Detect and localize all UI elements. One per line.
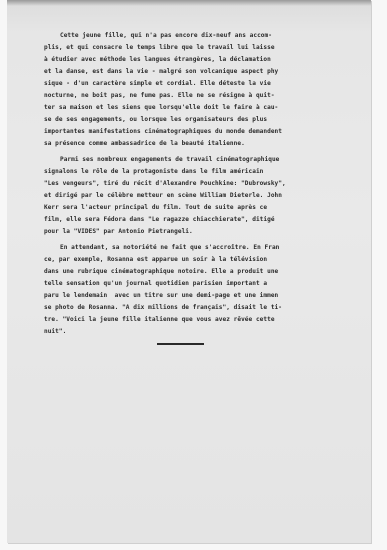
paragraph-1: Cette jeune fille, qui n'a pas encore di… (44, 30, 344, 150)
text-line: se photo de Rosanna. "A dix millions de … (44, 302, 344, 314)
text-line: Parmi ses nombreux engagements de travai… (44, 154, 344, 166)
text-line: "Les vengeurs", tiré du récit d'Alexandr… (44, 178, 344, 190)
text-line: et dirigé par le célèbre metteur en scèn… (44, 190, 344, 202)
text-line: Kerr sera l'acteur principal du film. To… (44, 202, 344, 214)
text-line: En attendant, sa notoriété ne fait que s… (44, 242, 344, 254)
text-line: ce, par exemple, Rosanna est apparue un … (44, 254, 344, 266)
text-line: plis, et qui consacre le temps libre que… (44, 42, 344, 54)
body-text: Cette jeune fille, qui n'a pas encore di… (44, 30, 344, 342)
text-line: sique - d'un caractère simple et cordial… (44, 78, 344, 90)
text-line: ter sa maison et les siens que lorsqu'el… (44, 102, 344, 114)
text-line: dans une rubrique cinématographique noto… (44, 266, 344, 278)
section-separator (157, 343, 204, 345)
paragraph-2: Parmi ses nombreux engagements de travai… (44, 154, 344, 238)
typewritten-page: Cette jeune fille, qui n'a pas encore di… (7, 0, 371, 543)
text-line: pour la "VIDES" par Antonio Pietrangeli. (44, 226, 344, 238)
text-line: telle sensation qu'un journal quotidien … (44, 278, 344, 290)
text-line: paru le lendemain avec un titre sur une … (44, 290, 344, 302)
text-line: film, elle sera Fédora dans "Le ragazze … (44, 214, 344, 226)
text-line: sa présence comme ambassadrice de la bea… (44, 138, 344, 150)
text-line: et la danse, est dans la vie - malgré so… (44, 66, 344, 78)
text-line: nocturne, ne boit pas, ne fume pas. Elle… (44, 90, 344, 102)
text-line: nuit". (44, 326, 344, 338)
text-line: signalons le rôle de la protagoniste dan… (44, 166, 344, 178)
text-line: Cette jeune fille, qui n'a pas encore di… (44, 30, 344, 42)
text-line: se de ses engagements, ou lorsque les or… (44, 114, 344, 126)
text-line: à étudier avec méthode les langues étran… (44, 54, 344, 66)
scanned-document: Cette jeune fille, qui n'a pas encore di… (0, 0, 387, 550)
paragraph-3: En attendant, sa notoriété ne fait que s… (44, 242, 344, 338)
page-top-shadow (7, 0, 371, 6)
text-line: importantes manifestations cinématograph… (44, 126, 344, 138)
text-line: tre. "Voici la jeune fille italienne que… (44, 314, 344, 326)
